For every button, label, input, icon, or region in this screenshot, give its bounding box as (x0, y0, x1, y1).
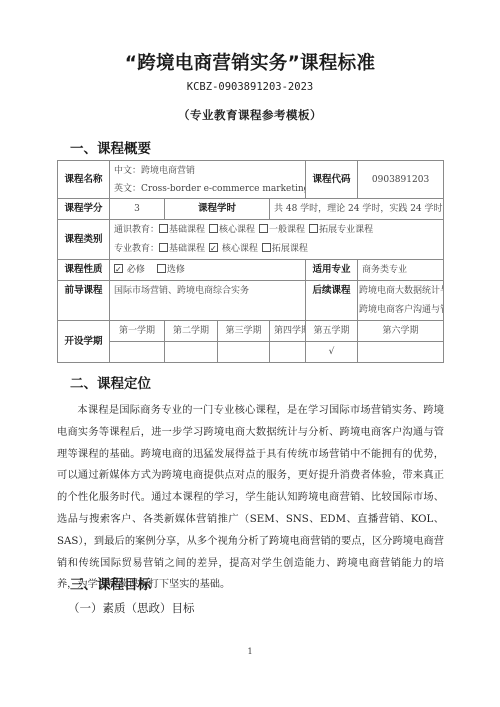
semester-header-1: 第一学期 (110, 321, 165, 342)
course-name-chinese: 中文：跨境电商营销 (114, 162, 301, 180)
positioning-paragraph: 本课程是国际商务专业的一门专业核心课程，是在学习国际市场营销实务、跨境电商实务等… (57, 400, 444, 596)
section-heading-overview: 一、课程概要 (70, 137, 151, 157)
course-overview-table: 课程名称 中文：跨境电商营销 英文：Cross-border e-commerc… (57, 160, 444, 363)
option-label: 一般课程 (269, 225, 305, 235)
positioning-paragraph-block: 本课程是国际商务专业的一门专业核心课程，是在学习国际市场营销实务、跨境电商实务等… (57, 400, 444, 596)
checkbox-icon[interactable] (309, 224, 318, 233)
label-course-code: 课程代码 (306, 161, 358, 199)
option-general-basic[interactable]: 基础课程 (159, 225, 205, 235)
option-label: 拓展专业课程 (319, 225, 373, 235)
label-applicable-major: 适用专业 (306, 260, 358, 281)
category-professional-prefix: 专业教育： (114, 244, 159, 254)
category-general: 通识教育：基础课程核心课程一般课程拓展专业课程 (114, 221, 439, 240)
option-general-core[interactable]: 核心课程 (209, 225, 255, 235)
page-number: 1 (0, 647, 500, 656)
option-label: 基础课程 (169, 225, 205, 235)
label-credits: 课程学分 (58, 199, 110, 220)
followup-line-2: 跨境电商客户沟通与管理 (359, 301, 442, 320)
checkbox-icon[interactable] (159, 224, 168, 233)
label-semester: 开设学期 (58, 321, 110, 363)
row-nature-major: 课程性质 必修选修 适用专业 商务类专业 (58, 260, 444, 281)
section-heading-positioning: 二、课程定位 (70, 372, 151, 392)
option-label: 核心课程 (222, 244, 258, 254)
semester-mark-3 (218, 342, 270, 363)
semester-mark-4 (270, 342, 306, 363)
option-label: 拓展课程 (272, 244, 308, 254)
semester-mark-1 (110, 342, 165, 363)
hours-value: 共 48 学时，理论 24 学时，实践 24 学时 (270, 199, 444, 220)
checkbox-checked-icon[interactable] (114, 264, 123, 273)
checkbox-icon[interactable] (159, 243, 168, 252)
semester-mark-5: √ (306, 342, 358, 363)
option-general-extension[interactable]: 拓展专业课程 (309, 225, 373, 235)
subsection-heading-quality-objectives: （一）素质（思政）目标 (68, 600, 195, 616)
option-elective[interactable]: 选修 (157, 265, 185, 275)
checkbox-icon[interactable] (259, 224, 268, 233)
option-professional-core[interactable]: 核心课程 (209, 244, 258, 254)
followup-line-1: 跨境电商大数据统计与分析、 (359, 282, 442, 301)
credits-value: 3 (110, 199, 165, 220)
label-followup: 后续课程 (306, 281, 358, 321)
semester-mark-6 (358, 342, 444, 363)
label-nature: 课程性质 (58, 260, 110, 281)
option-label: 选修 (167, 265, 185, 275)
option-label: 基础课程 (169, 244, 205, 254)
option-required[interactable]: 必修 (114, 265, 145, 275)
option-professional-extension[interactable]: 拓展课程 (262, 244, 308, 254)
checkbox-icon[interactable] (262, 243, 271, 252)
semester-header-6: 第六学期 (358, 321, 444, 342)
applicable-major-value: 商务类专业 (358, 260, 444, 281)
category-general-prefix: 通识教育： (114, 225, 159, 235)
category-professional: 专业教育：基础课程 核心课程拓展课程 (114, 240, 439, 259)
option-label: 必修 (127, 265, 145, 275)
label-prerequisite: 前导课程 (58, 281, 110, 321)
document-title: “跨境电商营销实务”课程标准 (0, 49, 500, 75)
row-course-name: 课程名称 中文：跨境电商营销 英文：Cross-border e-commerc… (58, 161, 444, 199)
label-hours: 课程学时 (165, 199, 270, 220)
label-course-name: 课程名称 (58, 161, 110, 199)
semester-header-5: 第五学期 (306, 321, 358, 342)
option-general-ordinary[interactable]: 一般课程 (259, 225, 305, 235)
prerequisite-value: 国际市场营销、跨境电商综合实务 (110, 281, 306, 321)
section-heading-objectives: 三、课程目标 (70, 573, 151, 593)
row-credits-hours: 课程学分 3 课程学时 共 48 学时，理论 24 学时，实践 24 学时 (58, 199, 444, 220)
semester-header-3: 第三学期 (218, 321, 270, 342)
document-subtitle: （专业教育课程参考模板） (0, 107, 500, 123)
document-code: KCBZ-0903891203-2023 (0, 81, 500, 93)
row-prerequisite-followup: 前导课程 国际市场营销、跨境电商综合实务 后续课程 跨境电商大数据统计与分析、 … (58, 281, 444, 321)
course-name-english: 英文：Cross-border e-commerce marketing (114, 180, 301, 198)
course-code-value: 0903891203 (358, 161, 444, 199)
option-professional-basic[interactable]: 基础课程 (159, 244, 205, 254)
checkbox-checked-icon[interactable] (209, 243, 218, 252)
row-semester-marks: √ (58, 342, 444, 363)
row-semester-headers: 开设学期 第一学期 第二学期 第三学期 第四学期 第五学期 第六学期 (58, 321, 444, 342)
label-category: 课程类别 (58, 220, 110, 260)
semester-mark-2 (165, 342, 218, 363)
checkbox-icon[interactable] (157, 264, 166, 273)
semester-header-2: 第二学期 (165, 321, 218, 342)
checkbox-icon[interactable] (209, 224, 218, 233)
semester-header-4: 第四学期 (270, 321, 306, 342)
row-category: 课程类别 通识教育：基础课程核心课程一般课程拓展专业课程 专业教育：基础课程 核… (58, 220, 444, 260)
option-label: 核心课程 (219, 225, 255, 235)
